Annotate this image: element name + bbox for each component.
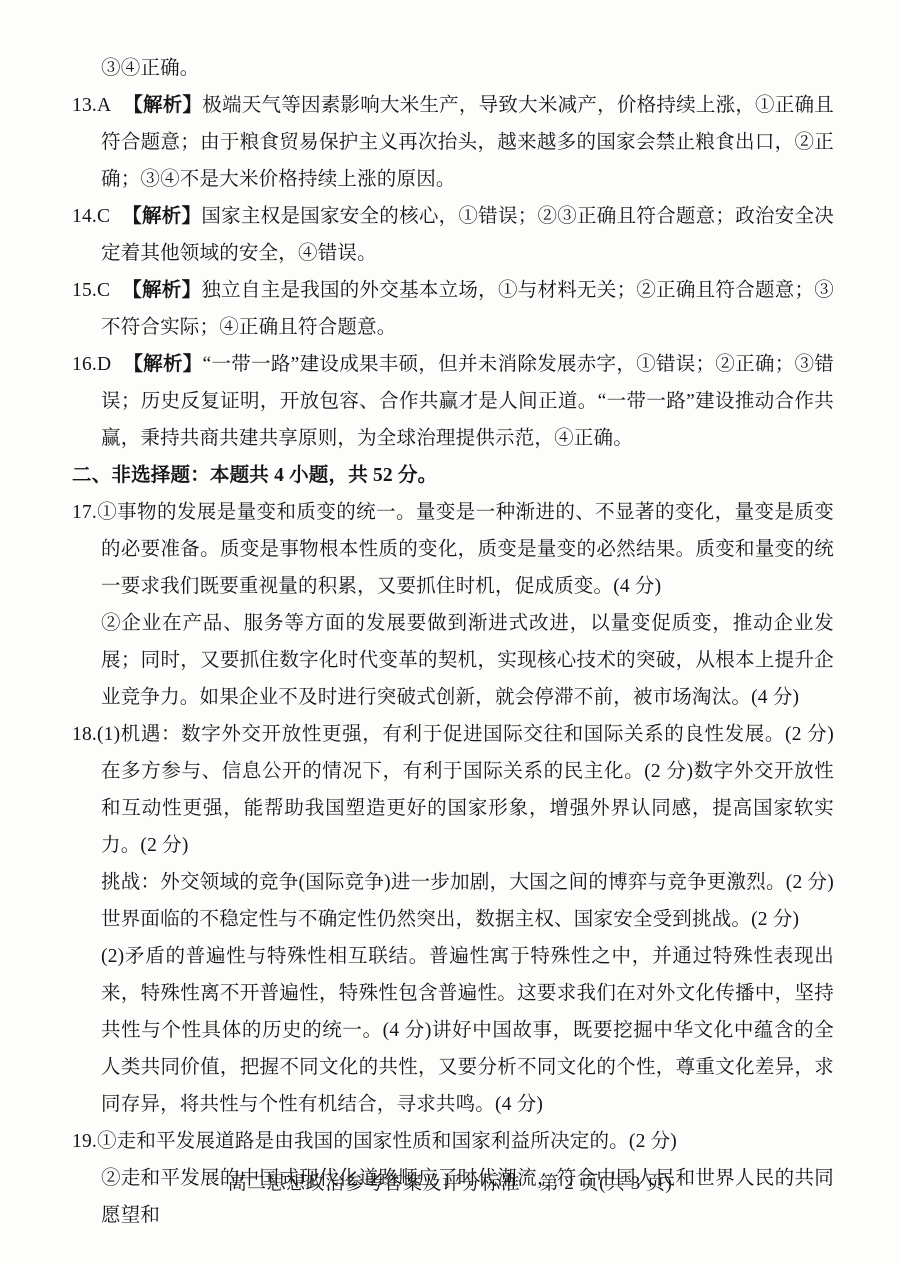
answer-15-text: 独立自主是我国的外交基本立场，①与材料无关；②正确且符合题意；③不符合实际；④正…: [101, 280, 834, 338]
answer-19-part1: 19.①走和平发展道路是由我国的国家性质和国家利益所决定的。(2 分): [72, 1123, 834, 1160]
answer-13-text: 极端天气等因素影响大米生产，导致大米减产，价格持续上涨，①正确且符合题意；由于粮…: [101, 95, 834, 190]
analysis-tag-14: 【解析】: [122, 206, 201, 227]
analysis-tag-13: 【解析】: [123, 95, 202, 116]
answer-16: 16.D【解析】“一带一路”建设成果丰硕，但并未消除发展赤字，①错误；②正确；③…: [72, 346, 834, 457]
answer-17-part1: 17.①事物的发展是量变和质变的统一。量变是一种渐进的、不显著的变化，量变是质变…: [72, 494, 834, 605]
answer-18-part2: 挑战：外交领域的竞争(国际竞争)进一步加剧，大国之间的博弈与竞争更激烈。(2 分…: [72, 864, 834, 938]
question-13-number: 13.A: [72, 95, 111, 116]
question-16-number: 16.D: [72, 354, 111, 375]
answer-12-continuation: ③④正确。: [72, 50, 834, 87]
page-content: ③④正确。 13.A【解析】极端天气等因素影响大米生产，导致大米减产，价格持续上…: [72, 50, 834, 1234]
analysis-tag-16: 【解析】: [123, 354, 202, 375]
answer-18-part1-text: (1)机遇：数字外交开放性更强，有利于促进国际交往和国际关系的良性发展。(2 分…: [97, 724, 834, 856]
analysis-tag-15: 【解析】: [122, 280, 201, 301]
question-19-number: 19.: [72, 1131, 97, 1152]
answer-19-part1-text: ①走和平发展道路是由我国的国家性质和国家利益所决定的。(2 分): [97, 1131, 677, 1152]
answer-13: 13.A【解析】极端天气等因素影响大米生产，导致大米减产，价格持续上涨，①正确且…: [72, 87, 834, 198]
question-14-number: 14.C: [72, 206, 110, 227]
question-15-number: 15.C: [72, 280, 110, 301]
question-17-number: 17.: [72, 502, 97, 523]
answer-sheet-page: ③④正确。 13.A【解析】极端天气等因素影响大米生产，导致大米减产，价格持续上…: [0, 0, 900, 1265]
answer-16-text: “一带一路”建设成果丰硕，但并未消除发展赤字，①错误；②正确；③错误；历史反复证…: [101, 354, 834, 449]
answer-17-part1-text: ①事物的发展是量变和质变的统一。量变是一种渐进的、不显著的变化，量变是质变的必要…: [97, 502, 834, 597]
answer-17-part2: ②企业在产品、服务等方面的发展要做到渐进式改进，以量变促质变，推动企业发展；同时…: [72, 605, 834, 716]
page-footer: 高二思想政治参考答案及评分标准 第 2 页(共 3 页): [0, 1168, 900, 1195]
answer-18-part1: 18.(1)机遇：数字外交开放性更强，有利于促进国际交往和国际关系的良性发展。(…: [72, 716, 834, 864]
answer-18-part3: (2)矛盾的普遍性与特殊性相互联结。普遍性寓于特殊性之中，并通过特殊性表现出来，…: [72, 938, 834, 1123]
answer-14-text: 国家主权是国家安全的核心，①错误；②③正确且符合题意；政治安全决定着其他领域的安…: [101, 206, 834, 264]
section-2-header: 二、非选择题：本题共 4 小题，共 52 分。: [72, 457, 834, 494]
question-18-number: 18.: [72, 724, 97, 745]
answer-15: 15.C【解析】独立自主是我国的外交基本立场，①与材料无关；②正确且符合题意；③…: [72, 272, 834, 346]
answer-14: 14.C【解析】国家主权是国家安全的核心，①错误；②③正确且符合题意；政治安全决…: [72, 198, 834, 272]
